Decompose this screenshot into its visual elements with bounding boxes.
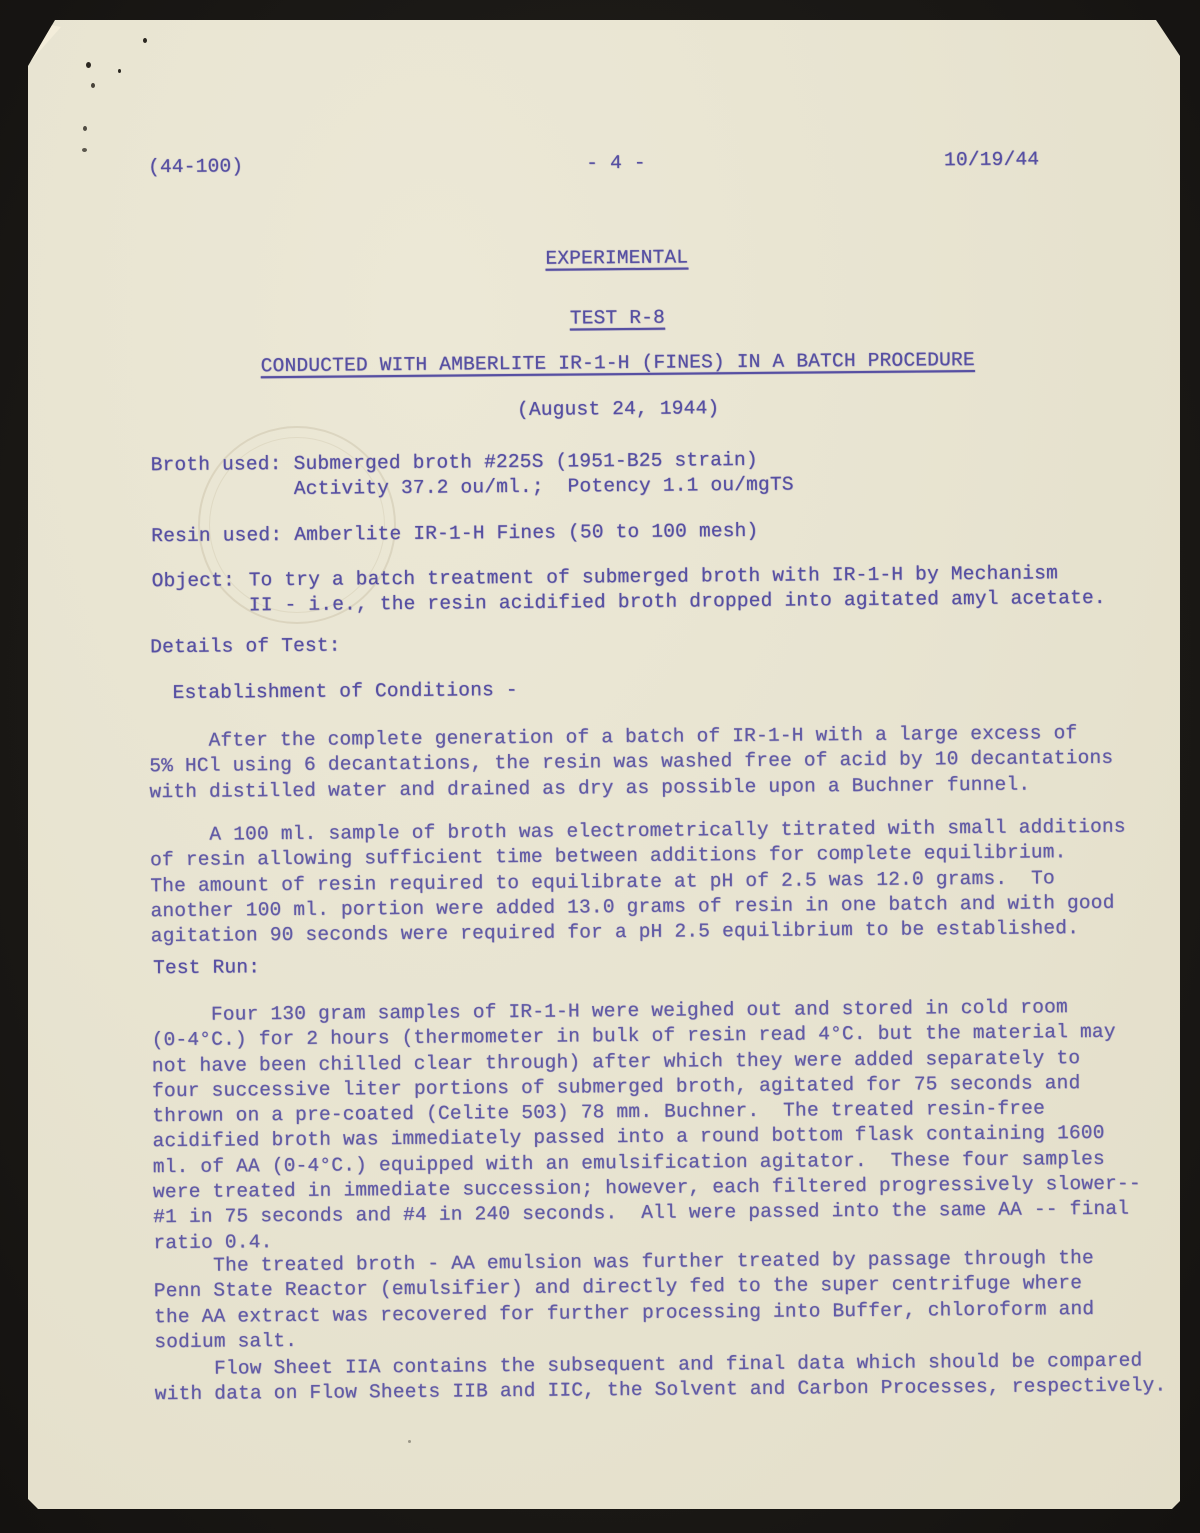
test-run-paragraph-1: Four 130 gram samples of IR-1-H were wei… xyxy=(151,995,1141,1257)
object-value: To try a batch treatment of submerged br… xyxy=(249,561,1106,619)
typed-text-layer: (44-100) - 4 - 10/19/44 EXPERIMENTAL TES… xyxy=(27,15,1192,1514)
broth-value: Submerged broth #225S (1951-B25 strain) … xyxy=(294,448,794,503)
establishment-heading: Establishment of Conditions - xyxy=(173,678,518,706)
scanner-background: (44-100) - 4 - 10/19/44 EXPERIMENTAL TES… xyxy=(0,0,1200,1533)
section-title-experimental: EXPERIMENTAL xyxy=(41,241,1193,276)
test-run-paragraph-3: Flow Sheet IIA contains the subsequent a… xyxy=(154,1348,1166,1407)
test-title: TEST R-8 xyxy=(41,301,1193,336)
test-subtitle: CONDUCTED WITH AMBERLITE IR-1-H (FINES) … xyxy=(42,346,1194,381)
details-heading: Details of Test: xyxy=(150,634,341,661)
resin-value: Amberlite IR-1-H Fines (50 to 100 mesh) xyxy=(294,519,758,548)
test-run-heading: Test Run: xyxy=(153,955,260,981)
broth-label: Broth used: xyxy=(151,452,282,478)
establishment-paragraph-1: After the complete generation of a batch… xyxy=(149,721,1114,805)
test-run-paragraph-2: The treated broth - AA emulsion was furt… xyxy=(154,1246,1095,1355)
object-label: Object: xyxy=(152,568,236,594)
document-page: (44-100) - 4 - 10/19/44 EXPERIMENTAL TES… xyxy=(28,20,1180,1509)
date-stamp: 10/19/44 xyxy=(944,147,1039,173)
resin-label: Resin used: xyxy=(151,523,282,549)
establishment-paragraph-2: A 100 ml. sample of broth was electromet… xyxy=(150,815,1127,950)
test-date: (August 24, 1944) xyxy=(42,392,1194,427)
